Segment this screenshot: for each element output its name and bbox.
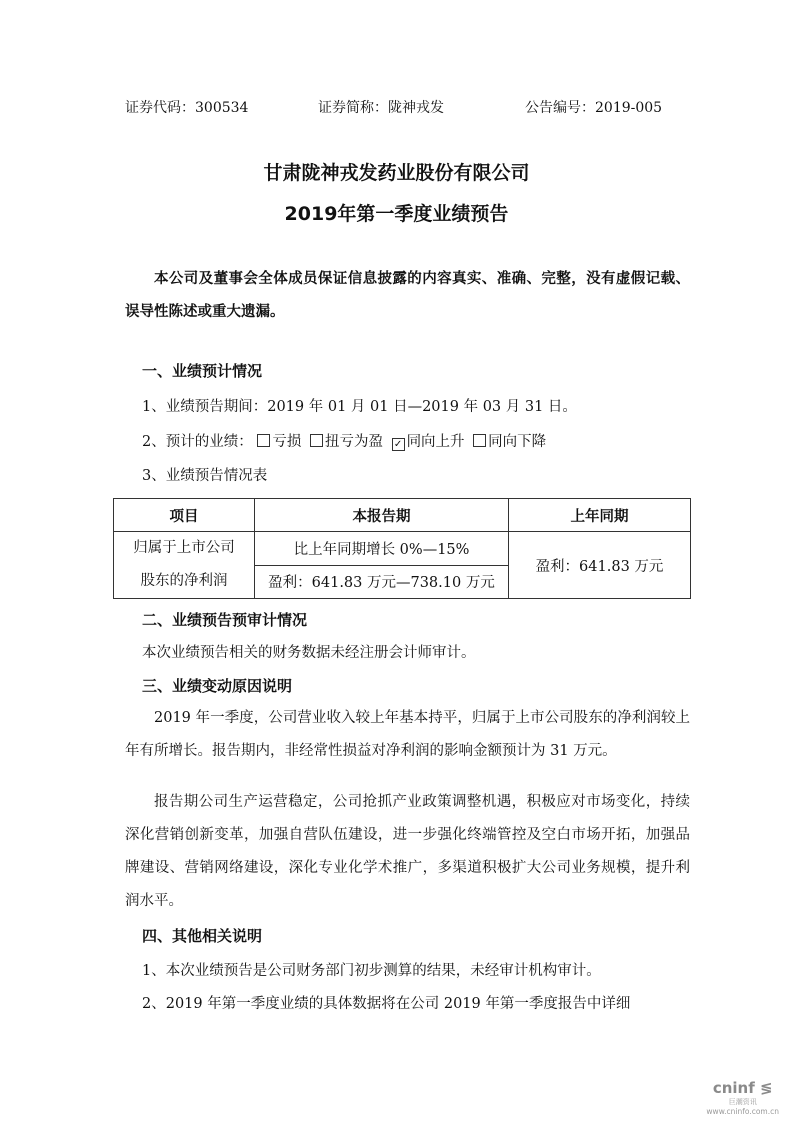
current-growth-cell: 比上年同期增长 0%—15%	[255, 532, 509, 566]
table-caption: 3、业绩预告情况表	[142, 464, 267, 485]
section-3-paragraph-1: 2019 年一季度，公司营业收入较上年基本持平，归属于上市公司股东的净利润较上年…	[125, 702, 690, 768]
option-decrease: 同向下降	[473, 434, 546, 450]
section-2-heading: 二、业绩预告预审计情况	[142, 609, 307, 630]
option-increase: ✓同向上升	[392, 434, 465, 450]
item-cell: 归属于上市公司 股东的净利润	[114, 532, 255, 599]
forecast-period: 1、业绩预告期间：2019 年 01 月 01 日—2019 年 03 月 31…	[142, 395, 577, 416]
section-4-item-2: 2、2019 年第一季度业绩的具体数据将在公司 2019 年第一季度报告中详细	[142, 992, 630, 1013]
board-statement: 本公司及董事会全体成员保证信息披露的内容真实、准确、完整，没有虚假记载、误导性陈…	[125, 263, 690, 329]
table-header-row: 项目 本报告期 上年同期	[114, 499, 691, 532]
section-2-text: 本次业绩预告相关的财务数据未经注册会计师审计。	[142, 641, 476, 662]
cninfo-swirl-icon: ≶	[760, 1079, 773, 1097]
table-row: 归属于上市公司 股东的净利润 比上年同期增长 0%—15% 盈利：641.83 …	[114, 532, 691, 566]
forecast-type-line: 2、预计的业绩： 亏损 扭亏为盈 ✓同向上升 同向下降	[142, 430, 546, 451]
section-3-paragraph-2: 报告期公司生产运营稳定，公司抢抓产业政策调整机遇，积极应对市场变化，持续深化营销…	[125, 786, 690, 918]
header-prior-period: 上年同期	[509, 499, 691, 532]
stock-name: 证券简称：陇神戎发	[318, 97, 444, 117]
cninfo-logo: cninf ≶	[706, 1079, 779, 1097]
section-3-heading: 三、业绩变动原因说明	[142, 675, 292, 696]
section-4-heading: 四、其他相关说明	[142, 925, 262, 946]
stock-code: 证券代码：300534	[125, 97, 248, 117]
option-loss: 亏损	[257, 434, 301, 450]
header-current-period: 本报告期	[255, 499, 509, 532]
checkbox-empty-icon	[473, 434, 486, 447]
option-turnaround: 扭亏为盈	[310, 434, 383, 450]
cninfo-url: www.cninfo.com.cn	[706, 1107, 779, 1116]
checkbox-checked-icon: ✓	[392, 438, 405, 451]
section-1-heading: 一、业绩预计情况	[142, 360, 262, 381]
checkbox-empty-icon	[310, 434, 323, 447]
header-item: 项目	[114, 499, 255, 532]
prior-amount-cell: 盈利：641.83 万元	[509, 532, 691, 599]
checkbox-empty-icon	[257, 434, 270, 447]
section-4-item-1: 1、本次业绩预告是公司财务部门初步测算的结果，未经审计机构审计。	[142, 959, 601, 980]
company-title: 甘肃陇神戎发药业股份有限公司	[0, 158, 793, 185]
cninfo-subtitle: 巨潮资讯	[706, 1097, 779, 1107]
current-amount-cell: 盈利：641.83 万元—738.10 万元	[255, 565, 509, 599]
forecast-type-label: 2、预计的业绩：	[142, 434, 253, 450]
forecast-table: 项目 本报告期 上年同期 归属于上市公司 股东的净利润 比上年同期增长 0%—1…	[113, 498, 691, 599]
announcement-number: 公告编号：2019-005	[525, 97, 662, 117]
report-title: 2019年第一季度业绩预告	[0, 199, 793, 226]
cninfo-watermark: cninf ≶ 巨潮资讯 www.cninfo.com.cn	[706, 1079, 779, 1116]
